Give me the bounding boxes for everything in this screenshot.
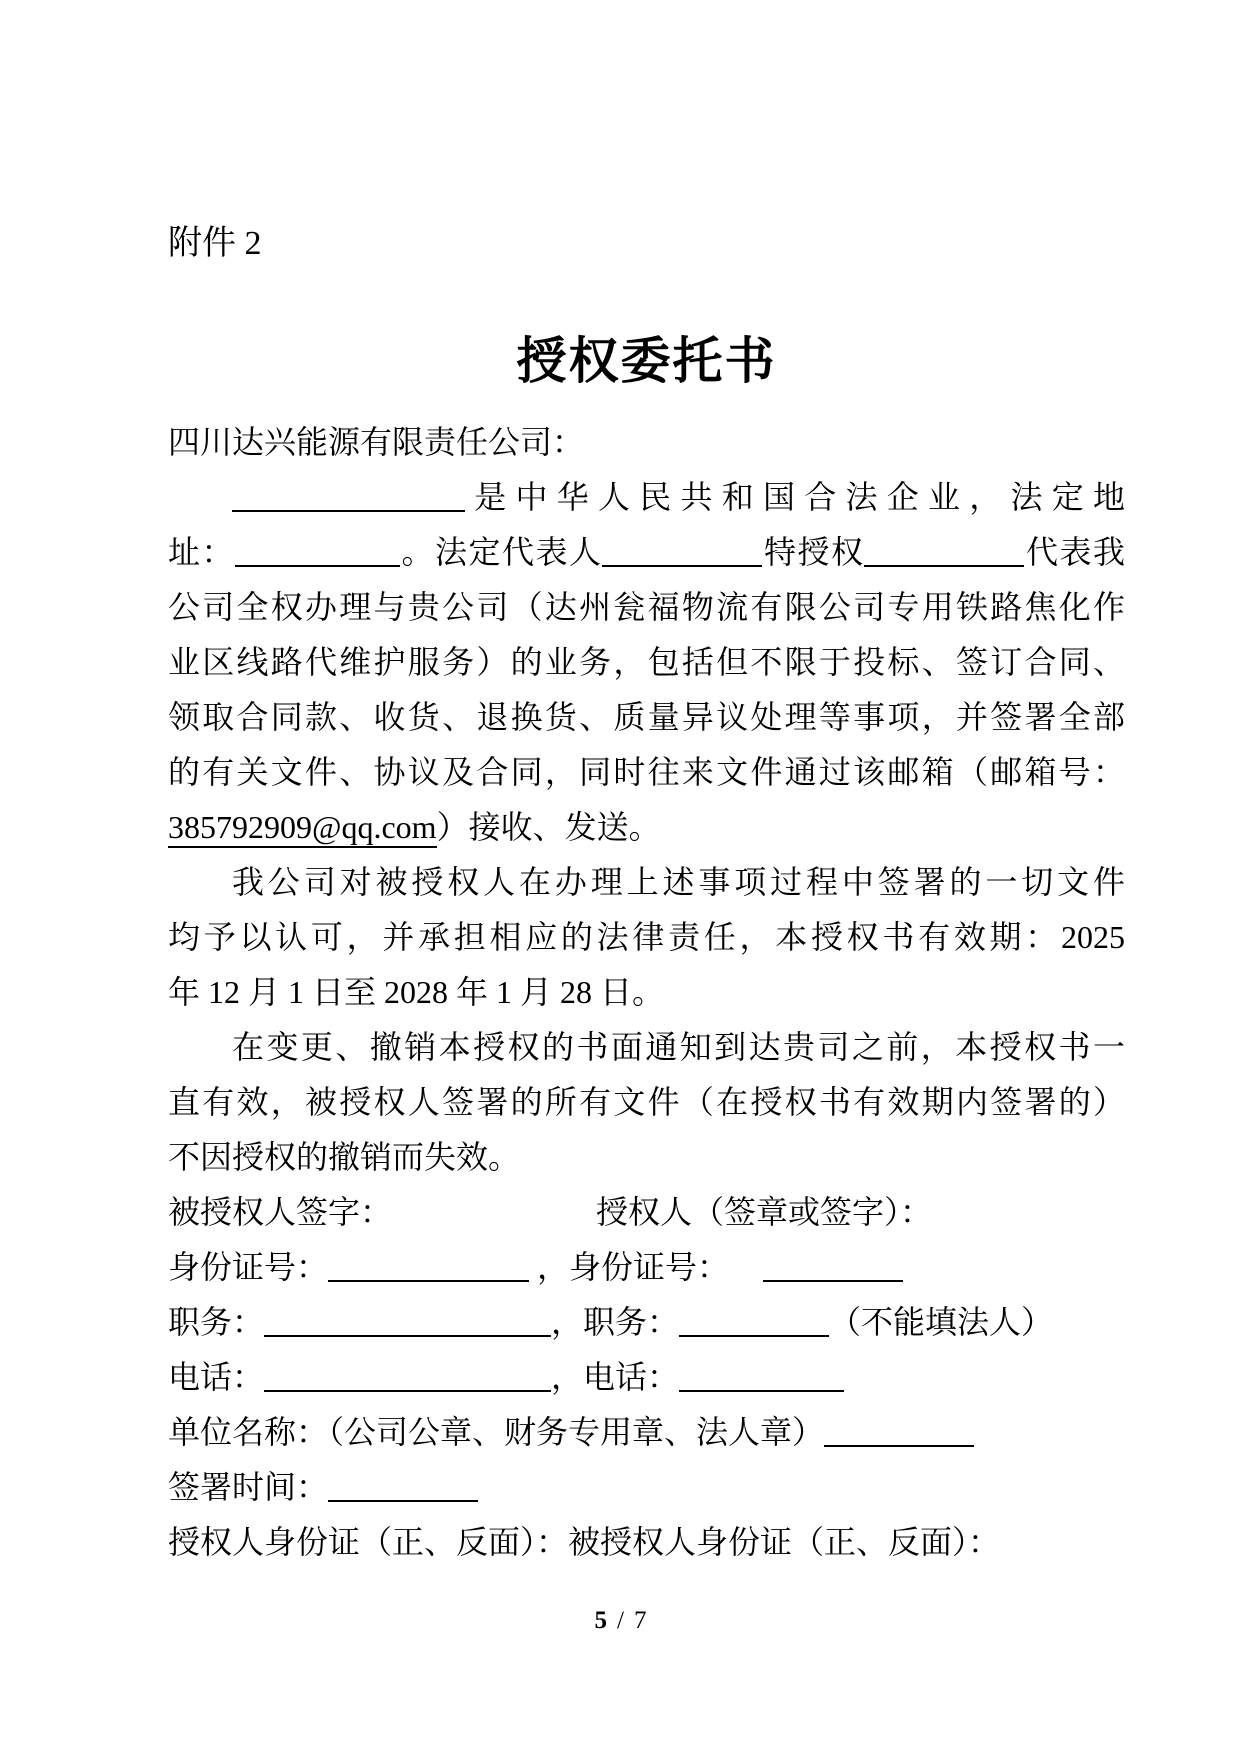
text-segment: 业区线路代维护服务）的业务，包括但不限于投标、签订合同、 (168, 644, 1125, 680)
document-page: 附件 2 授权委托书 四川达兴能源有限责任公司：是中华人民共和国合法企业，法定地… (0, 0, 1241, 1755)
underlined-email-text: 385792909@qq.com (168, 809, 437, 848)
signature-position-line: 职务：，职务：（不能填法人） (168, 1295, 1125, 1350)
body-line-address-legal-rep: 址：。法定代表人特授权代表我 (168, 525, 1125, 580)
blank-fill-field (328, 1496, 478, 1502)
id-card-copies-line: 授权人身份证（正、反面）：被授权人身份证（正、反面）： (168, 1515, 1125, 1570)
text-segment: ，电话： (551, 1359, 679, 1395)
blank-fill-field (264, 1331, 551, 1337)
salutation-line: 四川达兴能源有限责任公司： (168, 415, 1125, 470)
signature-id-line: 身份证号： ，身份证号： (168, 1240, 1125, 1295)
body-line-company-blank: 是中华人民共和国合法企业，法定地 (168, 470, 1125, 525)
blank-fill-field (824, 1441, 974, 1447)
text-segment: 均予以认可，并承担相应的法律责任，本授权书有效期：2025 (168, 919, 1125, 955)
column-gap (729, 1277, 763, 1278)
blank-fill-field (235, 561, 400, 567)
attachment-label: 附件 2 (168, 222, 1125, 266)
blank-fill-field (679, 1331, 829, 1337)
signature-date-line: 签署时间： (168, 1460, 1125, 1515)
text-segment: 是中华人民共和国合法企业，法定地 (465, 479, 1125, 515)
signature-phone-line: 电话：，电话： (168, 1350, 1125, 1405)
text-segment: 的有关文件、协议及合同，同时往来文件通过该邮箱（邮箱号： (168, 754, 1125, 790)
text-segment: 四川达兴能源有限责任公司： (168, 424, 584, 460)
document-title: 授权委托书 (168, 332, 1125, 390)
text-segment: 领取合同款、收货、退换货、质量异议处理等事项，并签署全部 (168, 699, 1125, 735)
body-line-validity-2: 均予以认可，并承担相应的法律责任，本授权书有效期：2025 (168, 910, 1125, 965)
text-segment: ，身份证号： (529, 1249, 729, 1285)
text-segment: 特授权 (762, 534, 864, 570)
text-segment: 不因授权的撤销而失效。 (168, 1139, 520, 1175)
blank-fill-field (864, 561, 1024, 567)
footer-page-number: 5 (590, 1607, 613, 1634)
text-segment: 址： (168, 534, 235, 570)
column-gap (392, 1222, 596, 1223)
text-segment: 授权人身份证（正、反面）：被授权人身份证（正、反面）： (168, 1524, 1000, 1560)
footer-page-separator: / (612, 1607, 629, 1634)
text-segment: （不能填法人） (829, 1304, 1053, 1340)
text-segment: 电话： (168, 1359, 264, 1395)
blank-fill-field (264, 1386, 551, 1392)
blank-fill-field (232, 506, 465, 512)
body-line-scope-3: 领取合同款、收货、退换货、质量异议处理等事项，并签署全部 (168, 690, 1125, 745)
body-line-revocation-3: 不因授权的撤销而失效。 (168, 1130, 1125, 1185)
body-line-scope-1: 公司全权办理与贵公司（达州瓮福物流有限公司专用铁路焦化作 (168, 580, 1125, 635)
text-segment: 职务： (168, 1304, 264, 1340)
blank-fill-field (763, 1276, 903, 1282)
document-body: 四川达兴能源有限责任公司：是中华人民共和国合法企业，法定地址：。法定代表人特授权… (168, 415, 1125, 1570)
text-segment: ，职务： (551, 1304, 679, 1340)
blank-fill-field (602, 561, 762, 567)
text-segment: 授权人（签章或签字）： (596, 1194, 932, 1230)
body-line-validity-3: 年 12 月 1 日至 2028 年 1 月 28 日。 (168, 965, 1125, 1020)
text-segment: 被授权人签字： (168, 1194, 392, 1230)
body-line-revocation-1: 在变更、撤销本授权的书面通知到达贵司之前，本授权书一 (168, 1020, 1125, 1075)
text-segment: 单位名称：（公司公章、财务专用章、法人章） (168, 1414, 824, 1450)
body-line-email: 385792909@qq.com）接收、发送。 (168, 800, 1125, 855)
footer-total-pages: 7 (629, 1607, 652, 1634)
blank-fill-field (679, 1386, 844, 1392)
body-line-revocation-2: 直有效，被授权人签署的所有文件（在授权书有效期内签署的） (168, 1075, 1125, 1130)
text-segment: 直有效，被授权人签署的所有文件（在授权书有效期内签署的） (168, 1084, 1125, 1120)
text-segment: 我公司对被授权人在办理上述事项过程中签署的一切文件 (232, 864, 1125, 900)
text-segment: 身份证号： (168, 1249, 328, 1285)
text-segment: 在变更、撤销本授权的书面通知到达贵司之前，本授权书一 (232, 1029, 1125, 1065)
text-segment: ）接收、发送。 (437, 809, 661, 845)
page-footer: 5/7 (0, 1606, 1241, 1636)
signature-headers-line: 被授权人签字：授权人（签章或签字）： (168, 1185, 1125, 1240)
body-line-validity-1: 我公司对被授权人在办理上述事项过程中签署的一切文件 (168, 855, 1125, 910)
text-segment: 年 12 月 1 日至 2028 年 1 月 28 日。 (168, 974, 664, 1010)
body-line-scope-4: 的有关文件、协议及合同，同时往来文件通过该邮箱（邮箱号： (168, 745, 1125, 800)
blank-fill-field (328, 1276, 529, 1282)
text-segment: 代表我 (1024, 534, 1125, 570)
text-segment: 签署时间： (168, 1469, 328, 1505)
text-segment: 公司全权办理与贵公司（达州瓮福物流有限公司专用铁路焦化作 (168, 589, 1125, 625)
signature-company-seal-line: 单位名称：（公司公章、财务专用章、法人章） (168, 1405, 1125, 1460)
body-line-scope-2: 业区线路代维护服务）的业务，包括但不限于投标、签订合同、 (168, 635, 1125, 690)
text-segment: 。法定代表人 (400, 534, 602, 570)
